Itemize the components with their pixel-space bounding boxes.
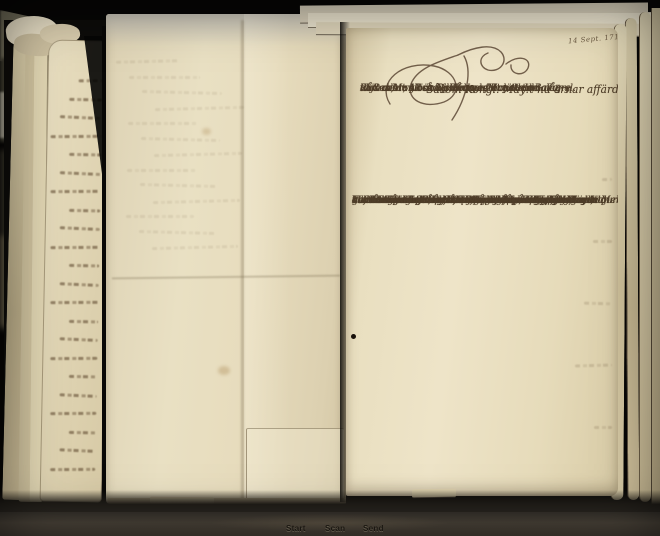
illegible-stroke (153, 198, 240, 203)
illegible-stroke (129, 76, 200, 79)
illegible-stroke (51, 134, 102, 137)
right-page-edge (625, 18, 640, 500)
illegible-stroke (60, 337, 98, 342)
start-button[interactable]: Start (286, 524, 306, 533)
illegible-stroke (50, 467, 95, 470)
scanner-photo: 14 Sept. 171. Såsom Kongl. May:t nu ärna… (0, 0, 660, 536)
illegible-stroke (69, 375, 97, 379)
illegible-stroke (69, 430, 96, 434)
scan-button[interactable]: Scan (325, 524, 345, 533)
illegible-stroke (594, 426, 612, 429)
illegible-stroke (69, 264, 99, 268)
illegible-stroke (50, 412, 96, 415)
illegible-stroke (50, 245, 99, 248)
illegible-stroke (51, 190, 101, 193)
illegible-stroke (141, 136, 220, 141)
right-page-edge (639, 12, 651, 502)
illegible-stroke (60, 282, 99, 287)
edge-text-bleed (346, 28, 618, 496)
illegible-stroke (142, 90, 222, 95)
illegible-stroke (152, 245, 238, 250)
illegible-handwriting-bleedthrough (106, 14, 346, 504)
illegible-stroke (128, 122, 198, 125)
illegible-stroke (69, 153, 101, 157)
illegible-stroke (116, 59, 178, 64)
illegible-stroke (50, 301, 98, 304)
illegible-stroke (69, 208, 100, 212)
illegible-stroke (50, 356, 97, 359)
illegible-stroke (154, 152, 242, 157)
illegible-stroke (593, 240, 612, 243)
illegible-stroke (126, 215, 194, 218)
illegible-stroke (60, 226, 100, 231)
illegible-stroke (584, 302, 612, 306)
illegible-stroke (60, 448, 96, 453)
middle-blank-pages (106, 14, 346, 504)
illegible-stroke (139, 229, 216, 234)
illegible-stroke (602, 178, 612, 181)
illegible-stroke (140, 183, 218, 188)
illegible-stroke (155, 105, 244, 110)
right-manuscript-page: 14 Sept. 171. Såsom Kongl. May:t nu ärna… (346, 28, 618, 496)
send-button[interactable]: Send (363, 524, 384, 533)
illegible-stroke (127, 169, 196, 172)
illegible-stroke (60, 171, 101, 176)
illegible-stroke (60, 393, 97, 398)
illegible-stroke (575, 364, 612, 368)
illegible-stroke (69, 319, 98, 323)
right-page-edge (651, 8, 660, 506)
